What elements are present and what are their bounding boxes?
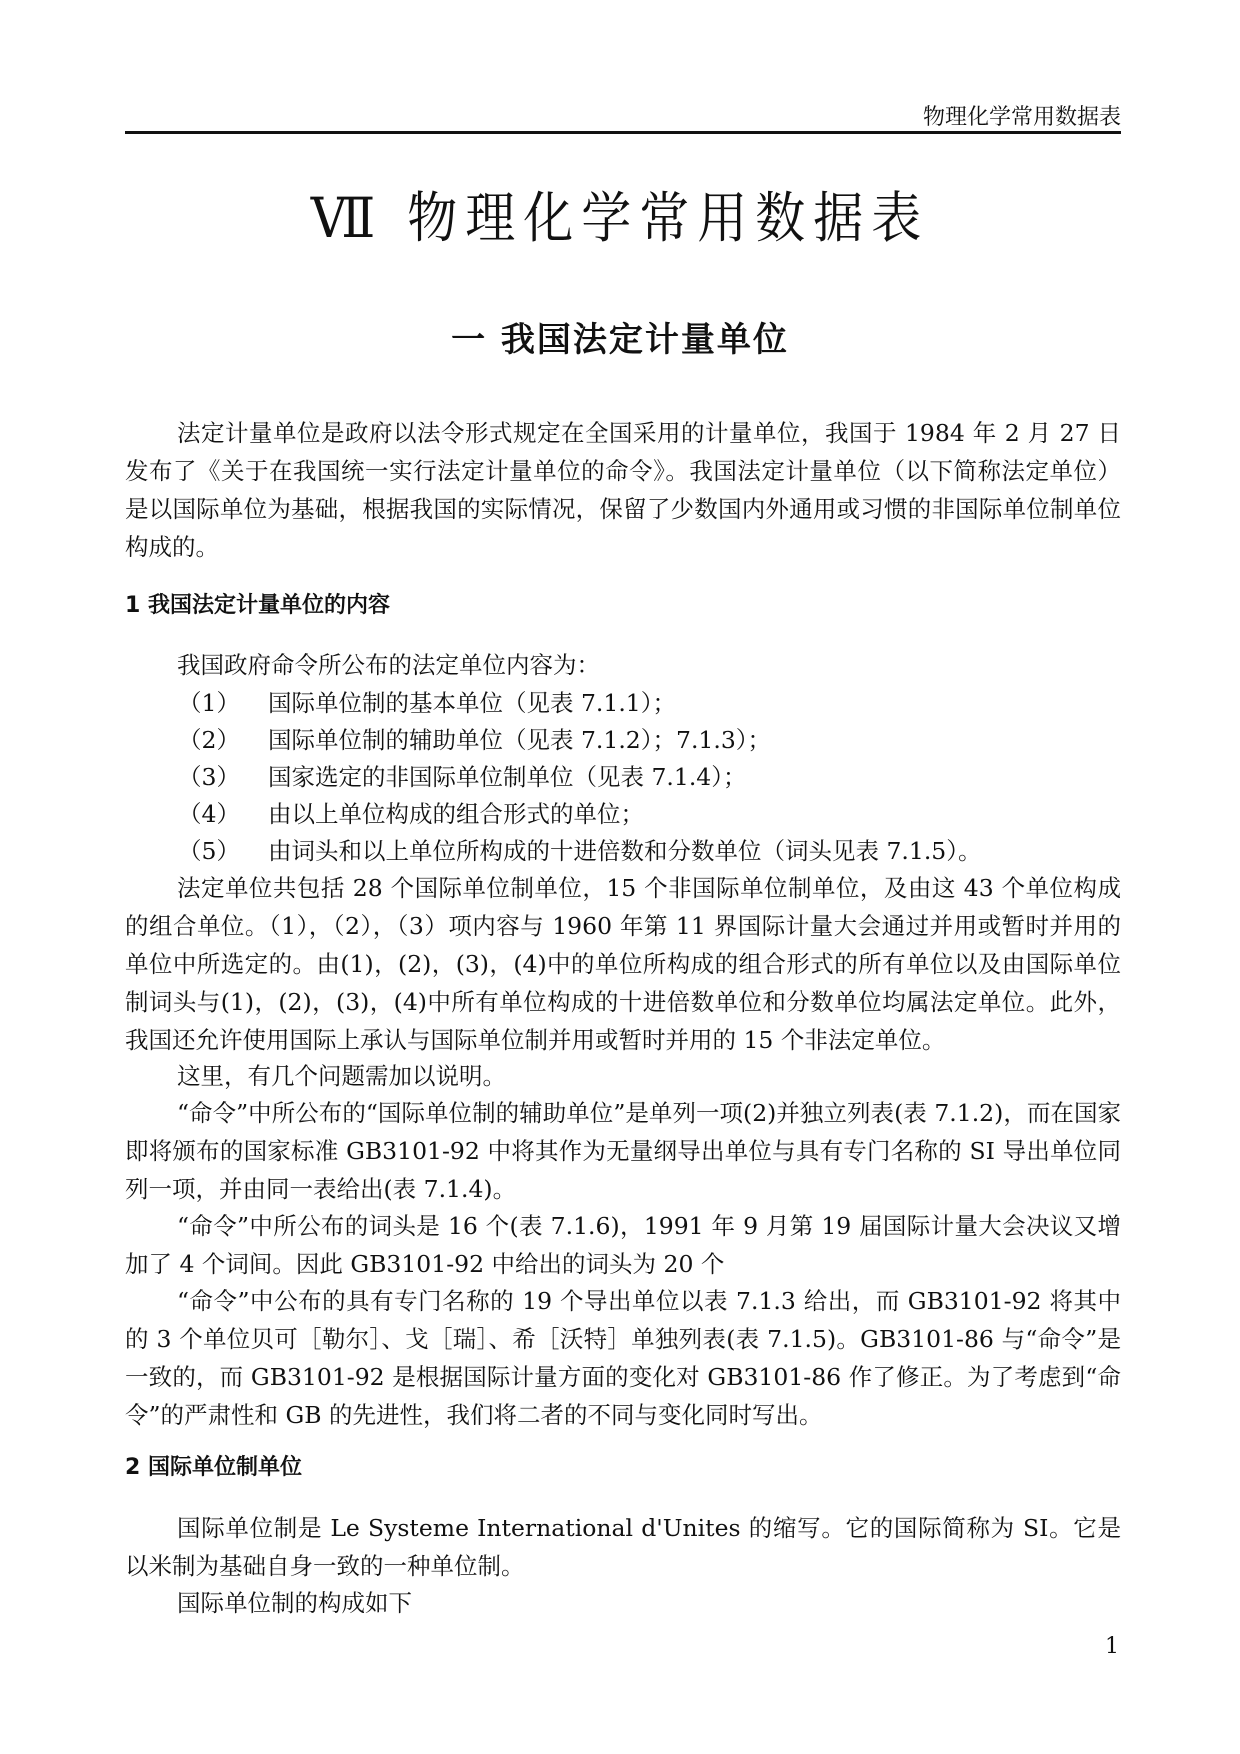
body-paragraph: 法定单位共包括 28 个国际单位制单位，15 个非国际单位制单位，及由这 43 …	[125, 869, 1121, 1059]
list-item-number: （1）	[178, 684, 268, 718]
body-paragraph: “命令”中公布的具有专门名称的 19 个导出单位以表 7.1.3 给出，而 GB…	[125, 1282, 1121, 1434]
chapter-title: Ⅶ 物理化学常用数据表	[0, 174, 1240, 253]
list-item-number: （3）	[178, 758, 268, 792]
list-item-number: （5）	[178, 832, 268, 866]
list-item-text: 国家选定的非国际单位制单位（见表 7.1.4）；	[268, 763, 747, 791]
list-item-text: 由词头和以上单位所构成的十进倍数和分数单位（词头见表 7.1.5）。	[268, 837, 982, 865]
running-header: 物理化学常用数据表	[923, 100, 1121, 131]
subsection-1-heading: 1 我国法定计量单位的内容	[125, 588, 390, 619]
section-title: 一 我国法定计量单位	[0, 312, 1240, 361]
body-paragraph: “命令”中所公布的“国际单位制的辅助单位”是单列一项(2)并独立列表(表 7.1…	[125, 1094, 1121, 1208]
body-paragraph: “命令”中所公布的词头是 16 个(表 7.1.6)，1991 年 9 月第 1…	[125, 1207, 1121, 1283]
list-item-text: 国际单位制的辅助单位（见表 7.1.2）；7.1.3）；	[268, 726, 771, 754]
intro-paragraph: 法定计量单位是政府以法令形式规定在全国采用的计量单位，我国于 1984 年 2 …	[125, 414, 1121, 566]
list-item: （3）国家选定的非国际单位制单位（见表 7.1.4）；	[178, 758, 747, 792]
list-item-number: （2）	[178, 721, 268, 755]
list-item: （5）由词头和以上单位所构成的十进倍数和分数单位（词头见表 7.1.5）。	[178, 832, 982, 866]
list-item: （1）国际单位制的基本单位（见表 7.1.1）；	[178, 684, 676, 718]
body-paragraph: 国际单位制的构成如下	[125, 1584, 1121, 1622]
list-item-number: （4）	[178, 795, 268, 829]
list-item: （4）由以上单位构成的组合形式的单位；	[178, 795, 644, 829]
header-rule	[125, 131, 1121, 134]
subsection-2-heading: 2 国际单位制单位	[125, 1450, 302, 1481]
body-paragraph: 这里，有几个问题需加以说明。	[125, 1057, 1121, 1095]
lead-paragraph: 我国政府命令所公布的法定单位内容为：	[125, 646, 1121, 684]
list-item: （2）国际单位制的辅助单位（见表 7.1.2）；7.1.3）；	[178, 721, 771, 755]
page-number: 1	[1105, 1634, 1119, 1659]
list-item-text: 国际单位制的基本单位（见表 7.1.1）；	[268, 689, 676, 717]
list-item-text: 由以上单位构成的组合形式的单位；	[268, 800, 644, 828]
body-paragraph: 国际单位制是 Le Systeme International d'Unites…	[125, 1509, 1121, 1585]
